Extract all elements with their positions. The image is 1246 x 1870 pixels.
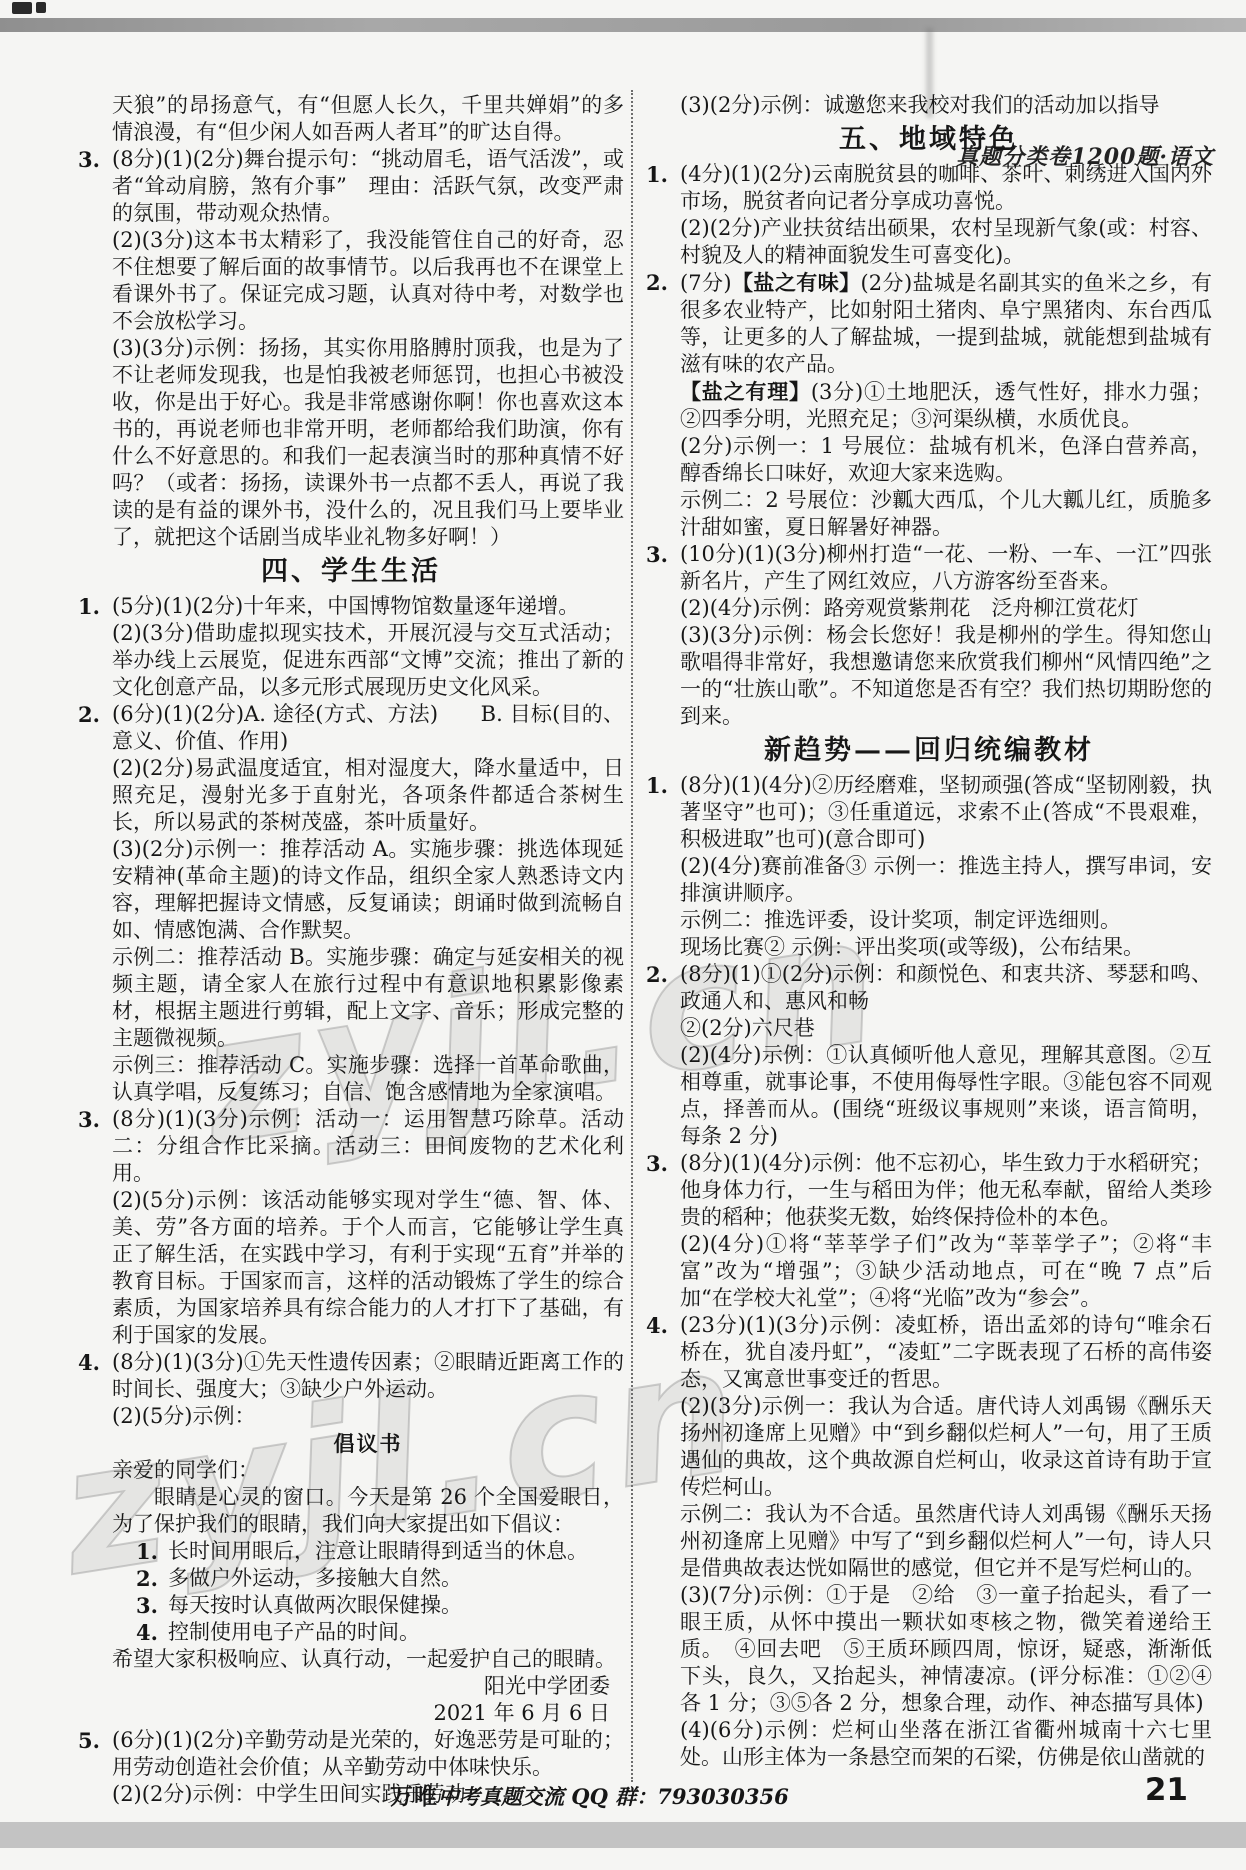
left-column: 天狼”的昂扬意气，有“但愿人长久，千里共婵娟”的多情浪漫，有“但少闲人如吾两人者… [78,92,624,1808]
text-block: 天狼”的昂扬意气，有“但愿人长久，千里共婵娟”的多情浪漫，有“但少闲人如吾两人者… [78,92,624,146]
item-number: 1. [136,1538,158,1565]
item-number: 3. [646,541,668,568]
block-text: 【盐之有理】(3分)①土地肥沃，透气性好，排水力强；②四季分明，光照充足；③河渠… [680,380,1212,431]
block-text: (3)(2分)示例：诚邀您来我校对我们的活动加以指导 [680,93,1160,117]
block-text: (2分)示例一：1 号展位：盐城有机米，色泽白营养高，醇香绵长口味好，欢迎大家来… [680,434,1212,485]
block-text: (5分)(1)(2分)十年来，中国博物馆数量逐年递增。 [112,594,579,618]
block-text: (8分)(1)(3分)①先天性遗传因素；②眼睛近距离工作的时间长、强度大；③缺少… [112,1350,624,1401]
item-number: 4. [78,1349,100,1376]
block-text: 多做户外运动，多接触大自然。 [168,1566,462,1590]
footer-text: 中考真题交流 QQ 群：793030356 [438,1784,789,1809]
block-text: (2)(4分)示例：①认真倾听他人意见，理解其意图。②互相尊重，就事论事，不使用… [680,1043,1212,1148]
column-divider [631,90,633,1782]
item-number: 1. [646,772,668,799]
text-block: 1. (4分)(1)(2分)云南脱贫县的咖啡、茶叶、刺绣进入国内外市场，脱贫者向… [646,161,1212,215]
brand-logo: 万唯 [390,1784,438,1810]
block-text: 示例三：推荐活动 C。实施步骤：选择一首革命歌曲，认真学唱，反复练习；自信、饱含… [112,1053,624,1104]
text-block: (2)(2分)产业扶贫结出硕果，农村呈现新气象(或：村容、村貌及人的精神面貌发生… [646,215,1212,269]
text-block: (2)(2分)易武温度适宜，相对湿度大，降水量适中，日照充足，漫射光多于直射光，… [78,755,624,836]
item-number: 3. [78,1106,100,1133]
block-text: (4分)(1)(2分)云南脱贫县的咖啡、茶叶、刺绣进入国内外市场，脱贫者向记者分… [680,162,1212,213]
text-block: (4)(6分)示例：烂柯山坐落在浙江省衢州城南十六七里处。山形主体为一条悬空而架… [646,1717,1212,1771]
block-text: (6分)(1)(2分)辛勤劳动是光荣的，好逸恶劳是可耻的；用劳动创造社会价值；从… [112,1728,624,1779]
text-block: 示例二：2 号展位：沙瓤大西瓜，个儿大瓤儿红，质脆多汁甜如蜜，夏日解暑好神器。 [646,487,1212,541]
text-block: 2. 多做户外运动，多接触大自然。 [78,1565,624,1592]
item-number: 4. [646,1312,668,1339]
block-text: (23分)(1)(3分)示例：凌虹桥，语出孟郊的诗句“唯余石桥在，犹自凌丹虹”，… [680,1313,1212,1391]
block-text: (2)(4分)示例：路旁观赏紫荆花 泛舟柳江赏花灯 [680,596,1139,620]
block-text: (2)(2分)易武温度适宜，相对湿度大，降水量适中，日照充足，漫射光多于直射光，… [112,756,624,834]
text-block: (2)(5分)示例：该活动能够实现对学生“德、智、体、美、劳”各方面的培养。于个… [78,1187,624,1349]
bottom-scan-bar [0,1822,1246,1848]
block-text: 每天按时认真做两次眼保健操。 [168,1593,462,1617]
scan-artifact [36,2,46,13]
text-block: 4. (8分)(1)(3分)①先天性遗传因素；②眼睛近距离工作的时间长、强度大；… [78,1349,624,1403]
top-scan-bar [0,18,1246,32]
block-text: 亲爱的同学们： [112,1458,259,1482]
block-text: 天狼”的昂扬意气，有“但愿人长久，千里共婵娟”的多情浪漫，有“但少闲人如吾两人者… [112,93,624,144]
text-block: 2. (8分)(1)①(2分)示例：和颜悦色、和衷共济、琴瑟和鸣、政通人和、惠风… [646,961,1212,1015]
block-text: (2)(2分)产业扶贫结出硕果，农村呈现新气象(或：村容、村貌及人的精神面貌发生… [680,216,1212,267]
block-text: 示例二：2 号展位：沙瓤大西瓜，个儿大瓤儿红，质脆多汁甜如蜜，夏日解暑好神器。 [680,488,1212,539]
text-block: 希望大家积极响应、认真行动，一起爱护自己的眼睛。 [78,1646,624,1673]
item-number: 5. [78,1727,100,1754]
text-block: (3)(2分)示例：诚邀您来我校对我们的活动加以指导 [646,92,1212,119]
text-block: 阳光中学团委 [78,1673,624,1700]
text-block: (2)(3分)这本书太精彩了，我没能管住自己的好奇，忍不住想要了解后面的故事情节… [78,227,624,335]
block-text: (2)(5分)示例：该活动能够实现对学生“德、智、体、美、劳”各方面的培养。于个… [112,1188,624,1347]
footer-line: 万唯中考真题交流 QQ 群：793030356 [390,1778,789,1811]
text-block: 倡议书 [78,1430,624,1457]
item-number: 1. [78,593,100,620]
block-text: 示例二：我认为不合适。虽然唐代诗人刘禹锡《酬乐天扬州初逢席上见赠》中写了“到乡翻… [680,1502,1212,1580]
block-text: (7分)【盐之有味】(2分)盐城是名副其实的鱼米之乡，有很多农业特产，比如射阳土… [680,271,1212,376]
right-column: (3)(2分)示例：诚邀您来我校对我们的活动加以指导 五、地域特色 1. (4分… [646,92,1212,1771]
text-block: 1. (5分)(1)(2分)十年来，中国博物馆数量逐年递增。 [78,593,624,620]
text-block: 3. 每天按时认真做两次眼保健操。 [78,1592,624,1619]
page-number: 21 [1145,1772,1188,1808]
block-text: 现场比赛② 示例：评出奖项(或等级)，公布结果。 [680,935,1144,959]
block-text: (8分)(1)(3分)示例：活动一：运用智慧巧除草。活动二：分组合作比采摘。活动… [112,1107,624,1185]
text-block: 2. (7分)【盐之有味】(2分)盐城是名副其实的鱼米之乡，有很多农业特产，比如… [646,269,1212,378]
text-block: 示例二：我认为不合适。虽然唐代诗人刘禹锡《酬乐天扬州初逢席上见赠》中写了“到乡翻… [646,1501,1212,1582]
text-block: 5. (6分)(1)(2分)辛勤劳动是光荣的，好逸恶劳是可耻的；用劳动创造社会价… [78,1727,624,1781]
block-text: 眼睛是心灵的窗口。今天是第 26 个全国爱眼日，为了保护我们的眼睛，我们向大家提… [112,1485,624,1536]
item-number: 2. [136,1565,158,1592]
text-block: (2)(4分)示例：①认真倾听他人意见，理解其意图。②互相尊重，就事论事，不使用… [646,1042,1212,1150]
text-block: (3)(3分)示例：扬扬，其实你用胳膊肘顶我，也是为了不让老师发现我，也是怕我被… [78,335,624,551]
item-number: 3. [646,1150,668,1177]
item-number: 3. [136,1592,158,1619]
text-block: 眼睛是心灵的窗口。今天是第 26 个全国爱眼日，为了保护我们的眼睛，我们向大家提… [78,1484,624,1538]
text-block: 【盐之有理】(3分)①土地肥沃，透气性好，排水力强；②四季分明，光照充足；③河渠… [646,378,1212,433]
block-text: (8分)(1)(2分)舞台提示句：“挑动眉毛，语气活泼”，或者“耸动肩膀，煞有介… [112,147,624,225]
block-text: (6分)(1)(2分)A. 途径(方式、方法) B. 目标(目的、意义、价值、作… [112,702,624,753]
text-block: 2. (6分)(1)(2分)A. 途径(方式、方法) B. 目标(目的、意义、价… [78,701,624,755]
text-block: 3. (8分)(1)(3分)示例：活动一：运用智慧巧除草。活动二：分组合作比采摘… [78,1106,624,1187]
block-text: 2021 年 6 月 6 日 [433,1701,610,1725]
block-text: (2)(3分)示例一：我认为合适。唐代诗人刘禹锡《酬乐天扬州初逢席上见赠》中“到… [680,1394,1212,1499]
text-block: 亲爱的同学们： [78,1457,624,1484]
text-block: (3)(7分)示例：①于是 ②给 ③一童子抬起头，看了一眼王质，从怀中摸出一颗状… [646,1582,1212,1717]
scan-artifact [12,2,32,14]
block-text: (2)(4分)①将“莘莘学子们”改为“莘莘学子”；②将“丰富”改为“增强”；③缺… [680,1232,1212,1310]
text-block: (2)(4分)①将“莘莘学子们”改为“莘莘学子”；②将“丰富”改为“增强”；③缺… [646,1231,1212,1312]
item-number: 2. [78,701,100,728]
item-number: 2. [646,269,668,296]
text-block: 示例二：推选评委，设计奖项，制定评选细则。 [646,907,1212,934]
text-block: (2)(3分)借助虚拟现实技术，开展沉浸与交互式活动；举办线上云展览，促进东西部… [78,620,624,701]
block-text: 希望大家积极响应、认真行动，一起爱护自己的眼睛。 [112,1647,616,1671]
text-block: (3)(2分)示例一：推荐活动 A。实施步骤：挑选体现延安精神(革命主题)的诗文… [78,836,624,944]
text-block: 1. (8分)(1)(4分)②历经磨难，坚韧顽强(答成“坚韧刚毅，执著坚守”也可… [646,772,1212,853]
block-text: 四、学生生活 [261,556,441,587]
text-block: 示例三：推荐活动 C。实施步骤：选择一首革命歌曲，认真学唱，反复练习；自信、饱含… [78,1052,624,1106]
item-number: 1. [646,161,668,188]
block-text: (3)(7分)示例：①于是 ②给 ③一童子抬起头，看了一眼王质，从怀中摸出一颗状… [680,1583,1212,1715]
block-text: 控制使用电子产品的时间。 [168,1620,420,1644]
text-block: (2)(4分)赛前准备③ 示例一：推选主持人，撰写串词，安排演讲顺序。 [646,853,1212,907]
text-block: 示例二：推荐活动 B。实施步骤：确定与延安相关的视频主题，请全家人在旅行过程中有… [78,944,624,1052]
block-text: (4)(6分)示例：烂柯山坐落在浙江省衢州城南十六七里处。山形主体为一条悬空而架… [680,1718,1212,1769]
item-number: 3. [78,146,100,173]
text-block: 4. (23分)(1)(3分)示例：凌虹桥，语出孟郊的诗句“唯余石桥在，犹自凌丹… [646,1312,1212,1393]
text-block: 2021 年 6 月 6 日 [78,1700,624,1727]
block-text: (3)(3分)示例：扬扬，其实你用胳膊肘顶我，也是为了不让老师发现我，也是怕我被… [112,336,624,549]
text-block: 1. 长时间用眼后，注意让眼睛得到适当的休息。 [78,1538,624,1565]
block-text: 五、地域特色 [839,124,1019,155]
text-block: (2)(5分)示例： [78,1403,624,1430]
block-text: (3)(2分)示例一：推荐活动 A。实施步骤：挑选体现延安精神(革命主题)的诗文… [112,837,624,942]
block-text: 长时间用眼后，注意让眼睛得到适当的休息。 [168,1539,588,1563]
block-text: ②(2分)六尺巷 [680,1016,815,1040]
text-block: 新趋势——回归统编教材 [646,730,1212,772]
block-text: (10分)(1)(3分)柳州打造“一花、一粉、一车、一江”四张新名片，产生了网红… [680,542,1212,593]
block-text: (2)(5分)示例： [112,1404,256,1428]
block-text: 阳光中学团委 [484,1674,610,1698]
text-block: 3. (8分)(1)(4分)示例：他不忘初心，毕生致力于水稻研究；他身体力行，一… [646,1150,1212,1231]
block-text: (2)(3分)这本书太精彩了，我没能管住自己的好奇，忍不住想要了解后面的故事情节… [112,228,624,333]
text-block: 四、学生生活 [78,551,624,593]
text-block: ②(2分)六尺巷 [646,1015,1212,1042]
block-text: 新趋势——回归统编教材 [764,735,1094,766]
item-number: 2. [646,961,668,988]
text-block: 4. 控制使用电子产品的时间。 [78,1619,624,1646]
text-block: 3. (10分)(1)(3分)柳州打造“一花、一粉、一车、一江”四张新名片，产生… [646,541,1212,595]
block-text: (2)(4分)赛前准备③ 示例一：推选主持人，撰写串词，安排演讲顺序。 [680,854,1212,905]
block-text: (8分)(1)(4分)②历经磨难，坚韧顽强(答成“坚韧刚毅，执著坚守”也可)；③… [680,773,1212,851]
text-block: 3. (8分)(1)(2分)舞台提示句：“挑动眉毛，语气活泼”，或者“耸动肩膀，… [78,146,624,227]
block-text: (8分)(1)①(2分)示例：和颜悦色、和衷共济、琴瑟和鸣、政通人和、惠风和畅 [680,962,1212,1013]
item-number: 4. [136,1619,158,1646]
text-block: (3)(3分)示例：杨会长您好！我是柳州的学生。得知您山歌唱得非常好，我想邀请您… [646,622,1212,730]
block-text: (3)(3分)示例：杨会长您好！我是柳州的学生。得知您山歌唱得非常好，我想邀请您… [680,623,1212,728]
block-text: 倡议书 [334,1431,403,1456]
text-block: (2)(3分)示例一：我认为合适。唐代诗人刘禹锡《酬乐天扬州初逢席上见赠》中“到… [646,1393,1212,1501]
text-block: (2分)示例一：1 号展位：盐城有机米，色泽白营养高，醇香绵长口味好，欢迎大家来… [646,433,1212,487]
text-block: 现场比赛② 示例：评出奖项(或等级)，公布结果。 [646,934,1212,961]
block-text: 示例二：推选评委，设计奖项，制定评选细则。 [680,908,1121,932]
block-text: (2)(3分)借助虚拟现实技术，开展沉浸与交互式活动；举办线上云展览，促进东西部… [112,621,624,699]
block-text: 示例二：推荐活动 B。实施步骤：确定与延安相关的视频主题，请全家人在旅行过程中有… [112,945,624,1050]
text-block: (2)(4分)示例：路旁观赏紫荆花 泛舟柳江赏花灯 [646,595,1212,622]
text-block: 五、地域特色 [646,119,1212,161]
block-text: (8分)(1)(4分)示例：他不忘初心，毕生致力于水稻研究；他身体力行，一生与稻… [680,1151,1212,1229]
